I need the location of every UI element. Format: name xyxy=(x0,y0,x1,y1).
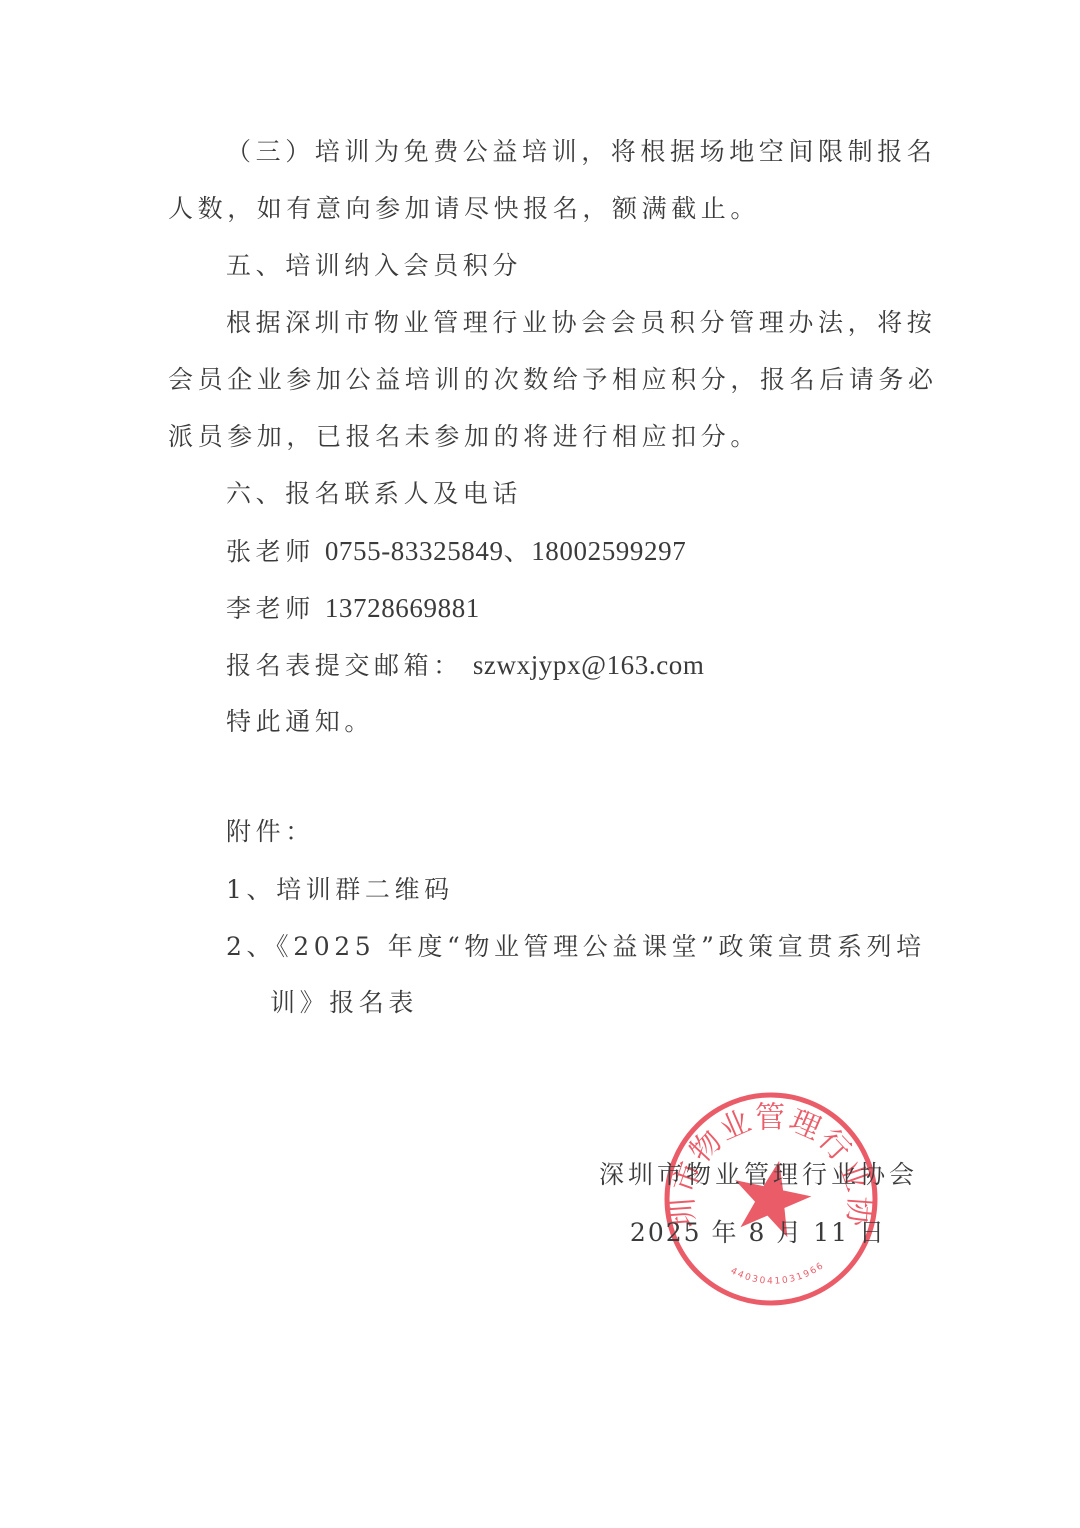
svg-text:4403041031966: 4403041031966 xyxy=(729,1260,827,1286)
signature-organization: 深圳市物业管理行业协会 xyxy=(599,1159,918,1191)
paragraph-points-2: 会员企业参加公益培训的次数给予相应积分，报名后请务必 xyxy=(168,364,918,396)
contact-phone: 0755-83325849、18002599297 xyxy=(325,536,687,566)
official-seal-icon: 深圳市物业管理行业协会 4403041031966 xyxy=(660,1088,882,1310)
contact-name: 张老师 xyxy=(226,537,315,566)
email-address: szwxjypx@163.com xyxy=(473,650,705,680)
attachment-item-2-cont: 训》报名表 xyxy=(270,987,418,1019)
attachment-item-1: 1、培训群二维码 xyxy=(226,874,454,906)
closing-text: 特此通知。 xyxy=(226,706,374,738)
contact-zhang: 张老师0755-83325849、18002599297 xyxy=(226,535,686,568)
signature-date: 2025 年 8 月 11 日 xyxy=(630,1217,886,1249)
attachment-item-2: 2、《2025 年度“物业管理公益课堂”政策宣贯系列培 xyxy=(226,931,918,963)
section-heading-points: 五、培训纳入会员积分 xyxy=(226,250,522,282)
document-page: （三）培训为免费公益培训，将根据场地空间限制报名 人数，如有意向参加请尽快报名，… xyxy=(0,0,1080,1528)
paragraph-points-3: 派员参加，已报名未参加的将进行相应扣分。 xyxy=(168,421,760,453)
contact-li: 李老师13728669881 xyxy=(226,592,480,625)
paragraph-points-1: 根据深圳市物业管理行业协会会员积分管理办法，将按 xyxy=(226,307,918,339)
contact-name: 李老师 xyxy=(226,594,315,623)
paragraph-free-training: （三）培训为免费公益培训，将根据场地空间限制报名 xyxy=(226,136,918,168)
paragraph-free-training-cont: 人数，如有意向参加请尽快报名，额满截止。 xyxy=(168,193,760,225)
email-line: 报名表提交邮箱：szwxjypx@163.com xyxy=(226,649,705,682)
attachments-heading: 附件： xyxy=(226,816,315,848)
contact-phone: 13728669881 xyxy=(325,593,480,623)
email-label: 报名表提交邮箱： xyxy=(226,651,463,680)
section-heading-contacts: 六、报名联系人及电话 xyxy=(226,478,522,510)
